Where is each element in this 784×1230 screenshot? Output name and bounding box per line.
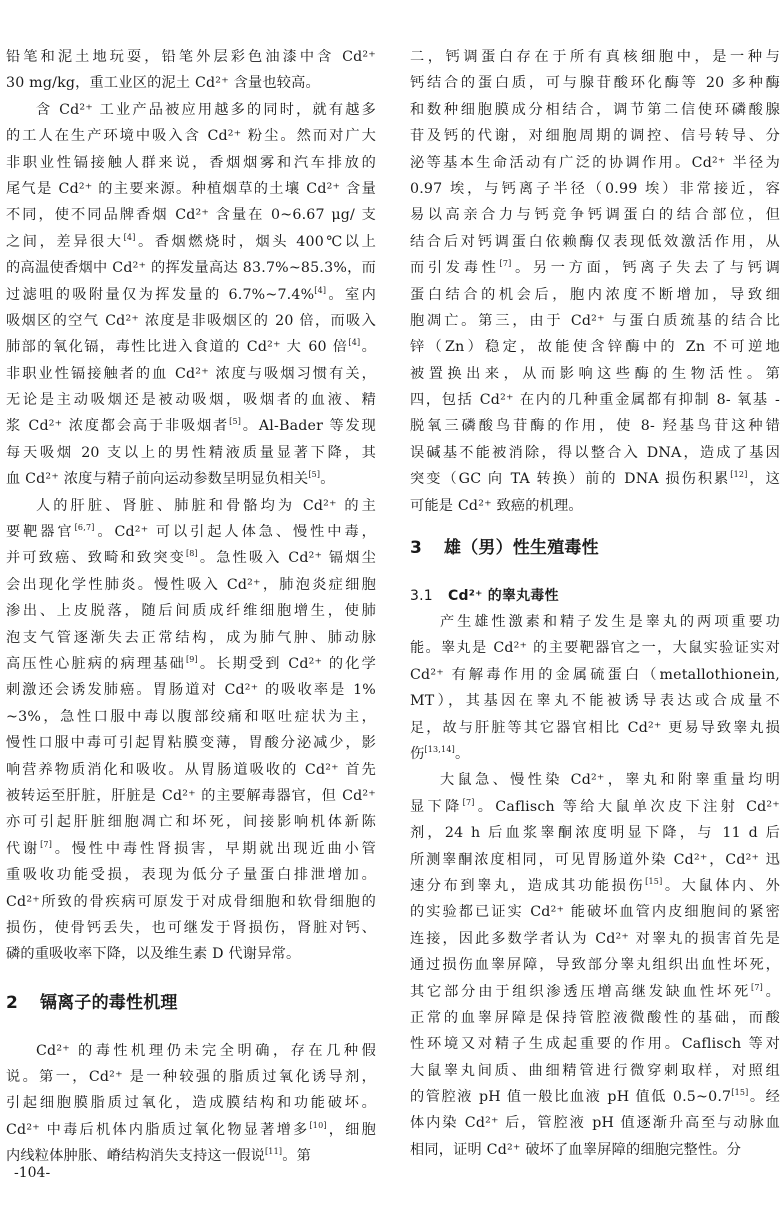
- text-line: 高压性心脏病的病理基础[9]。长期受到 Cd²⁺ 的化学: [6, 651, 376, 677]
- page-number: -104-: [14, 1165, 50, 1181]
- text-line: 而引发毒性[7]。另一方面，钙离子失去了与钙调: [410, 255, 780, 281]
- text-line: 响营养物质消化和吸收。从胃肠道吸收的 Cd²⁺ 首先: [6, 757, 376, 783]
- text-line: 含 Cd²⁺ 工业产品被应用越多的同时，就有越多: [6, 97, 376, 123]
- text-line: 之间，差异很大[4]。香烟燃烧时，烟头 400℃以上: [6, 229, 376, 255]
- text-line: 的实验都已证实 Cd²⁺ 能破坏血管内皮细胞间的紧密: [410, 899, 780, 925]
- text-line: 误碱基不能被消除，得以整合入 DNA，造成了基因: [410, 440, 780, 466]
- paragraph: Cd²⁺ 的毒性机理仍未完全明确，存在几种假说。第一，Cd²⁺ 是一种较强的脂质…: [6, 1038, 376, 1170]
- text-line: 亦可引起肝脏细胞凋亡和坏死，间接影响机体新陈: [6, 809, 376, 835]
- text-line: 损伤，使骨钙丢失，也可继发于肾损伤，肾脏对钙、: [6, 915, 376, 941]
- text-line: Cd²⁺ 有解毒作用的金属硫蛋白（metallothionein,: [410, 662, 780, 688]
- text-line: 的管腔液 pH 值一般比血液 pH 值低 0.5~0.7[15]。经: [410, 1084, 780, 1110]
- text-line: 会出现化学性肺炎。慢性吸入 Cd²⁺，肺泡炎症细胞: [6, 572, 376, 598]
- text-line: 要靶器官[6,7]。Cd²⁺ 可以引起人体急、慢性中毒，: [6, 519, 376, 545]
- text-line: 产生雄性激素和精子发生是睾丸的两项重要功: [410, 609, 780, 635]
- text-line: 并可致癌、致畸和致突变[8]。急性吸入 Cd²⁺ 镉烟尘: [6, 545, 376, 571]
- subsection-heading-3-1: 3.1Cd²⁺ 的睾丸毒性: [410, 583, 780, 609]
- text-line: 慢性口服中毒可引起胃粘膜变薄，胃酸分泌减少，影: [6, 730, 376, 756]
- text-line: 脱氧三磷酸鸟苷酶的作用，使 8- 羟基鸟苷这种错: [410, 413, 780, 439]
- text-line: 二，钙调蛋白存在于所有真核细胞中，是一种与: [410, 44, 780, 70]
- paragraph: 大鼠急、慢性染 Cd²⁺，睾丸和附睾重量均明显下降[7]。Caflisch 等给…: [410, 767, 780, 1163]
- section-number: 3: [410, 535, 444, 561]
- text-line: 不同，使不同品牌香烟 Cd²⁺ 含量在 0~6.67 μg/ 支: [6, 202, 376, 228]
- paragraph: 人的肝脏、肾脏、肺脏和骨骼均为 Cd²⁺ 的主要靶器官[6,7]。Cd²⁺ 可以…: [6, 493, 376, 968]
- text-line: ~3%，急性口服中毒以腹部绞痛和呕吐症状为主，: [6, 704, 376, 730]
- text-line: 所测睾酮浓度相同，可见胃肠道外染 Cd²⁺，Cd²⁺ 迅: [410, 847, 780, 873]
- text-line: 浆 Cd²⁺ 浓度都会高于非吸烟者[5]。Al-Bader 等发现: [6, 413, 376, 439]
- text-line: 性环境又对精子生成起重要的作用。Caflisch 等对: [410, 1031, 780, 1057]
- text-line: 结合后对钙调蛋白依赖酶仅表现低效激活作用，从: [410, 229, 780, 255]
- text-line: 刺激还会诱发肺癌。胃肠道对 Cd²⁺ 的吸收率是 1%: [6, 677, 376, 703]
- text-line: 胞凋亡。第三，由于 Cd²⁺ 与蛋白质巯基的结合比: [410, 308, 780, 334]
- text-line: 其它部分由于组织渗透压增高继发缺血性坏死[7]。: [410, 979, 780, 1005]
- text-line: 足，故与肝脏等其它器官相比 Cd²⁺ 更易导致睾丸损: [410, 715, 780, 741]
- section-heading-2: 2镉离子的毒性机理: [6, 990, 376, 1016]
- section-title: 镉离子的毒性机理: [40, 993, 178, 1013]
- text-line: 泡支气管逐渐失去正常结构，成为肺气肿、肺动脉: [6, 625, 376, 651]
- text-line: 代谢[7]。慢性中毒性肾损害，早期就出现近曲小管: [6, 836, 376, 862]
- text-line: 过滤咀的吸附量仅为挥发量的 6.7%~7.4%[4]。室内: [6, 282, 376, 308]
- text-line: 正常的血睾屏障是保持管腔液微酸性的基础，而酸: [410, 1005, 780, 1031]
- text-line: 蛋白结合的机会后，胞内浓度不断增加，导致细: [410, 282, 780, 308]
- text-line: 非职业性镉接触者的血 Cd²⁺ 浓度与吸烟习惯有关，: [6, 361, 376, 387]
- text-line: 被转运至肝脏，肝脏是 Cd²⁺ 的主要解毒器官，但 Cd²⁺: [6, 783, 376, 809]
- text-line: 泌等基本生命活动有广泛的协调作用。Cd²⁺ 半径为: [410, 150, 780, 176]
- text-line: Cd²⁺所致的骨疾病可原发于对成骨细胞和软骨细胞的: [6, 889, 376, 915]
- text-line: 铅笔和泥土地玩耍，铅笔外层彩色油漆中含 Cd²⁺: [6, 44, 376, 70]
- text-line: 说。第一，Cd²⁺ 是一种较强的脂质过氧化诱导剂，: [6, 1064, 376, 1090]
- text-line: Cd²⁺ 中毒后机体内脂质过氧化物显著增多[10]，细胞: [6, 1117, 376, 1143]
- text-line: 的高温使香烟中 Cd²⁺ 的挥发量高达 83.7%~85.3%，而: [6, 255, 376, 281]
- text-line: 剂，24 h 后血浆睾酮浓度明显下降，与 11 d 后: [410, 820, 780, 846]
- text-line: 速分布到睾丸，造成其功能损伤[15]。大鼠体内、外: [410, 873, 780, 899]
- text-line: 30 mg/kg，重工业区的泥土 Cd²⁺ 含量也较高。: [6, 70, 376, 96]
- paragraph: 二，钙调蛋白存在于所有真核细胞中，是一种与钙结合的蛋白质，可与腺苷酸环化酶等 2…: [410, 44, 780, 519]
- subsection-title: Cd²⁺ 的睾丸毒性: [448, 588, 559, 604]
- text-line: 苷及钙的代谢，对细胞周期的调控、信号转导、分: [410, 123, 780, 149]
- text-line: 无论是主动吸烟还是被动吸烟，吸烟者的血液、精: [6, 387, 376, 413]
- text-line: 可能是 Cd²⁺ 致癌的机理。: [410, 493, 780, 519]
- text-line: 渗出、上皮脱落，随后间质成纤维细胞增生，使肺: [6, 598, 376, 624]
- text-line: 人的肝脏、肾脏、肺脏和骨骼均为 Cd²⁺ 的主: [6, 493, 376, 519]
- text-line: 磷的重吸收率下降，以及维生素 D 代谢异常。: [6, 941, 376, 967]
- text-line: 钙结合的蛋白质，可与腺苷酸环化酶等 20 多种酶: [410, 70, 780, 96]
- text-line: 内线粒体肿胀、嵴结构消失支持这一假说[11]。第: [6, 1143, 376, 1169]
- text-line: 大鼠睾丸间质、曲细精管进行微穿刺取样，对照组: [410, 1058, 780, 1084]
- text-line: 体内染 Cd²⁺ 后，管腔液 pH 值逐渐升高至与动脉血: [410, 1110, 780, 1136]
- text-line: 大鼠急、慢性染 Cd²⁺，睾丸和附睾重量均明: [410, 767, 780, 793]
- right-column: 二，钙调蛋白存在于所有真核细胞中，是一种与钙结合的蛋白质，可与腺苷酸环化酶等 2…: [410, 44, 780, 1163]
- text-line: 连接，因此多数学者认为 Cd²⁺ 对睾丸的损害首先是: [410, 926, 780, 952]
- paragraph: 铅笔和泥土地玩耍，铅笔外层彩色油漆中含 Cd²⁺30 mg/kg，重工业区的泥土…: [6, 44, 376, 97]
- text-line: 0.97 埃，与钙离子半径（0.99 埃）非常接近，容: [410, 176, 780, 202]
- section-number: 2: [6, 990, 40, 1016]
- text-line: 显下降[7]。Caflisch 等给大鼠单次皮下注射 Cd²⁺: [410, 794, 780, 820]
- text-line: 锌（Zn）稳定，故能使含锌酶中的 Zn 不可逆地: [410, 334, 780, 360]
- text-line: 吸烟区的空气 Cd²⁺ 浓度是非吸烟区的 20 倍，而吸入: [6, 308, 376, 334]
- text-line: 突变（GC 向 TA 转换）前的 DNA 损伤积累[12]，这: [410, 466, 780, 492]
- text-line: 的工人在生产环境中吸入含 Cd²⁺ 粉尘。然而对广大: [6, 123, 376, 149]
- text-line: 通过损伤血睾屏障，导致部分睾丸组织出血性坏死，: [410, 952, 780, 978]
- section-heading-3: 3雄（男）性生殖毒性: [410, 535, 780, 561]
- text-line: 和数种细胞膜成分相结合，调节第二信使环磷酸腺: [410, 97, 780, 123]
- text-line: 能。睾丸是 Cd²⁺ 的主要靶器官之一，大鼠实验证实对: [410, 635, 780, 661]
- text-line: 被置换出来，从而影响这些酶的生物活性。第: [410, 361, 780, 387]
- text-line: 每天吸烟 20 支以上的男性精液质量显著下降，其: [6, 440, 376, 466]
- text-line: MT），其基因在睾丸不能被诱导表达或合成量不: [410, 688, 780, 714]
- paragraph: 含 Cd²⁺ 工业产品被应用越多的同时，就有越多的工人在生产环境中吸入含 Cd²…: [6, 97, 376, 493]
- text-line: 引起细胞膜脂质过氧化，造成膜结构和功能破坏。: [6, 1090, 376, 1116]
- text-line: 肺部的氧化镉，毒性比进入食道的 Cd²⁺ 大 60 倍[4]。: [6, 334, 376, 360]
- text-line: 易以高亲合力与钙竞争钙调蛋白的结合部位，但: [410, 202, 780, 228]
- text-line: 相同，证明 Cd²⁺ 破坏了血睾屏障的细胞完整性。分: [410, 1137, 780, 1163]
- text-line: Cd²⁺ 的毒性机理仍未完全明确，存在几种假: [6, 1038, 376, 1064]
- text-line: 伤[13,14]。: [410, 741, 780, 767]
- text-line: 非职业性镉接触人群来说，香烟烟雾和汽车排放的: [6, 150, 376, 176]
- paragraph: 产生雄性激素和精子发生是睾丸的两项重要功能。睾丸是 Cd²⁺ 的主要靶器官之一，…: [410, 609, 780, 767]
- text-line: 血 Cd²⁺ 浓度与精子前向运动参数呈明显负相关[5]。: [6, 466, 376, 492]
- text-line: 重吸收功能受损，表现为低分子量蛋白排泄增加。: [6, 862, 376, 888]
- left-column: 铅笔和泥土地玩耍，铅笔外层彩色油漆中含 Cd²⁺30 mg/kg，重工业区的泥土…: [6, 44, 376, 1170]
- text-line: 尾气是 Cd²⁺ 的主要来源。种植烟草的土壤 Cd²⁺ 含量: [6, 176, 376, 202]
- section-title: 雄（男）性生殖毒性: [444, 538, 599, 558]
- subsection-number: 3.1: [410, 583, 448, 609]
- text-line: 四，包括 Cd²⁺ 在内的几种重金属都有抑制 8- 氧基 -: [410, 387, 780, 413]
